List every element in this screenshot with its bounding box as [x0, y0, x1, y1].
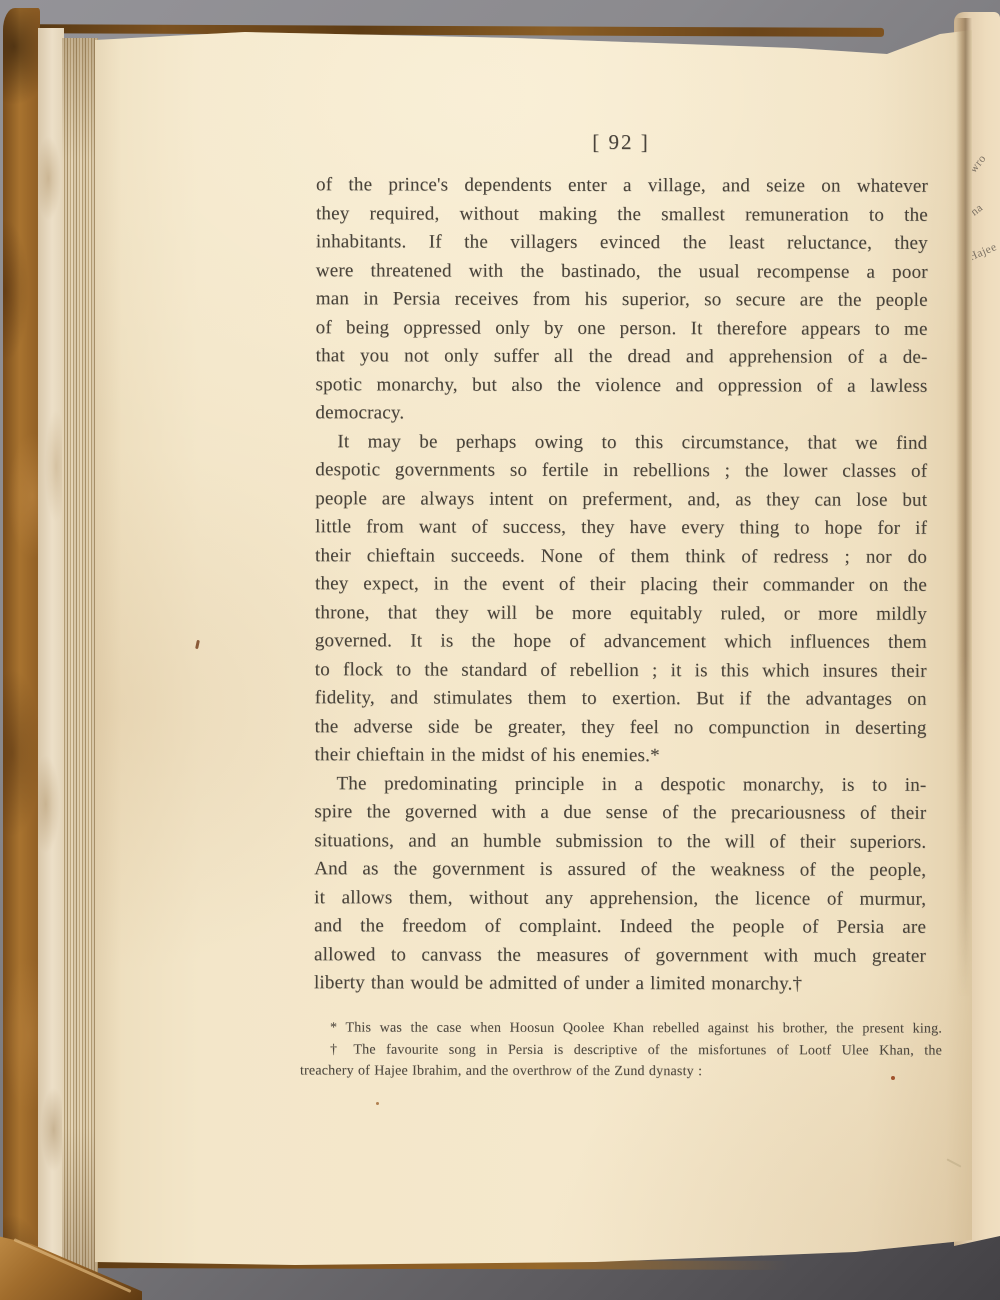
body-line: people are always intent on preferment, …	[315, 485, 927, 515]
text-block: of the prince's dependents enter a villa…	[314, 171, 928, 999]
paragraph: The predominating principle in a despoti…	[314, 770, 927, 1000]
body-line: democracy.	[315, 399, 927, 429]
body-line: their chieftain succeeds. None of them t…	[315, 542, 927, 572]
body-line: were threatened with the bastinado, the …	[316, 257, 928, 287]
footnote-line: treachery of Hajee Ibrahim, and the over…	[300, 1060, 942, 1083]
book-page: [ 92 ] of the prince's dependents enter …	[95, 22, 972, 1270]
body-line: The predominating principle in a despoti…	[314, 770, 926, 800]
body-line: situations, and an humble submission to …	[314, 827, 926, 857]
body-line: little from want of success, they have e…	[315, 513, 927, 543]
body-line: and the freedom of complaint. Indeed the…	[314, 912, 926, 942]
page-edges	[62, 38, 98, 1276]
ink-speck	[891, 1076, 895, 1080]
body-line: It may be perhaps owing to this circumst…	[315, 428, 927, 458]
body-line: to flock to the standard of rebellion ; …	[315, 656, 927, 686]
body-line: throne, that they will be more equitably…	[315, 599, 927, 629]
cover-top-edge	[6, 24, 884, 37]
body-line: they expect, in the event of their placi…	[315, 570, 927, 600]
body-line: it allows them, without any apprehension…	[314, 884, 926, 914]
paragraph: of the prince's dependents enter a villa…	[315, 171, 928, 429]
body-line: governed. It is the hope of advancement …	[315, 627, 927, 657]
body-line: spotic monarchy, but also the violence a…	[315, 371, 927, 401]
endpaper-strip	[38, 28, 64, 1280]
footnote-line: † The favourite song in Persia is descri…	[300, 1039, 942, 1062]
body-line: man in Persia receives from his superior…	[316, 285, 928, 315]
body-line: And as the government is assured of the …	[314, 855, 926, 885]
body-line: of being oppressed only by one person. I…	[316, 314, 928, 344]
body-line: spire the governed with a due sense of t…	[314, 798, 926, 828]
footnote-line: * This was the case when Hoosun Qoolee K…	[300, 1017, 942, 1040]
footnote-block: * This was the case when Hoosun Qoolee K…	[300, 1017, 942, 1083]
body-line: allowed to canvass the measures of gover…	[314, 941, 926, 971]
body-line: the adverse side be greater, they feel n…	[315, 713, 927, 743]
body-line: they required, without making the smalle…	[316, 200, 928, 230]
body-line: inhabitants. If the villagers evinced th…	[316, 228, 928, 258]
body-line: that you not only suffer all the dread a…	[316, 342, 928, 372]
page-number: [ 92 ]	[315, 130, 927, 155]
body-line: despotic governments so fertile in rebel…	[315, 456, 927, 486]
body-line: fidelity, and stimulates them to exertio…	[315, 684, 927, 714]
ink-speck	[376, 1102, 379, 1105]
book-spine	[3, 8, 40, 1292]
body-line: of the prince's dependents enter a villa…	[316, 171, 928, 201]
book-photo: be wro king ha len Hajee [ 92 ] of the p…	[0, 0, 1000, 1300]
body-line: liberty than would be admitted of under …	[314, 969, 926, 999]
body-line: their chieftain in the midst of his enem…	[315, 741, 927, 771]
paragraph: It may be perhaps owing to this circumst…	[315, 428, 928, 772]
page-gap-shadow	[956, 18, 972, 998]
